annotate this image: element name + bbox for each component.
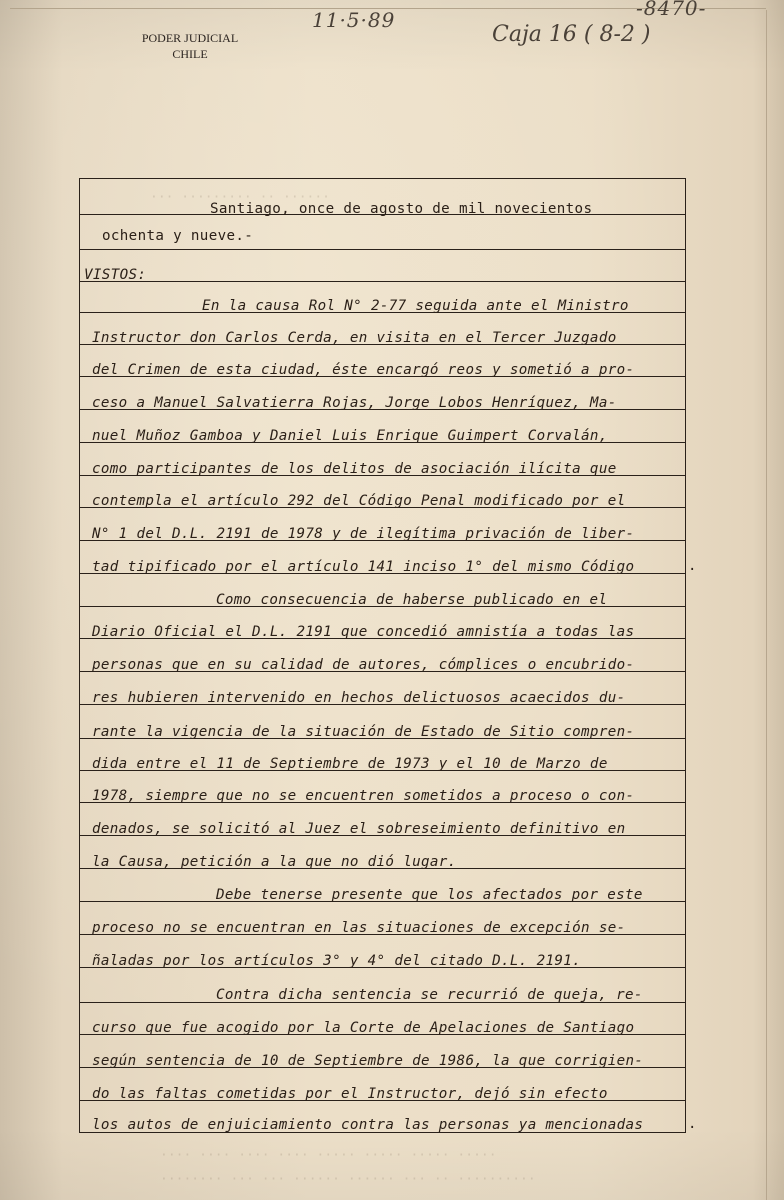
section-title-vistos: VISTOS: — [84, 267, 685, 283]
text-line: Contra dicha sentencia se recurrió de qu… — [216, 987, 685, 1003]
trailing-period: . — [688, 1116, 696, 1132]
text-line: proceso no se encuentran en las situacio… — [92, 920, 685, 936]
ruled-text-frame: Santiago, once de agosto de mil novecien… — [79, 178, 686, 1133]
handwritten-date: 11·5·89 — [312, 8, 395, 32]
page-edge-right — [766, 10, 767, 1200]
bleed-through-text: ········ ··· ··· ······ ······ ··· ·· ··… — [160, 1172, 536, 1187]
text-line: como participantes de los delitos de aso… — [92, 461, 685, 477]
bleed-through-text: ···· ···· ···· ···· ····· ····· ····· ··… — [160, 1148, 497, 1163]
text-line: ñaladas por los artículos 3° y 4° del ci… — [92, 953, 685, 969]
text-line: del Crimen de esta ciudad, éste encargó … — [92, 362, 685, 378]
text-line: Debe tenerse presente que los afectados … — [216, 887, 685, 903]
text-line: los autos de enjuiciamiento contra las p… — [92, 1117, 685, 1133]
text-line: res hubieren intervenido en hechos delic… — [92, 690, 685, 706]
text-line: ceso a Manuel Salvatierra Rojas, Jorge L… — [92, 395, 685, 411]
letterhead-line2: CHILE — [120, 46, 260, 62]
handwritten-box-number: Caja 16 ( 8-2 ) — [492, 22, 650, 47]
rule-line — [80, 249, 685, 250]
text-line: Como consecuencia de haberse publicado e… — [216, 592, 685, 608]
text-line: la Causa, petición a la que no dió lugar… — [92, 854, 685, 870]
text-line: denados, se solicitó al Juez el sobresei… — [92, 821, 685, 837]
document-page: PODER JUDICIAL CHILE 11·5·89 Caja 16 ( 8… — [0, 0, 784, 1200]
trailing-period: . — [688, 558, 696, 574]
text-line: 1978, siempre que no se encuentren somet… — [92, 788, 685, 804]
text-line: Diario Oficial el D.L. 2191 que concedió… — [92, 624, 685, 640]
text-line: do las faltas cometidas por el Instructo… — [92, 1086, 685, 1102]
text-line: nuel Muñoz Gamboa y Daniel Luis Enrique … — [92, 428, 685, 444]
text-line: En la causa Rol N° 2-77 seguida ante el … — [202, 298, 685, 314]
text-line: Instructor don Carlos Cerda, en visita e… — [92, 330, 685, 346]
heading-date-line1: Santiago, once de agosto de mil novecien… — [210, 201, 685, 217]
heading-date-line2: ochenta y nueve.- — [102, 228, 685, 244]
text-line: N° 1 del D.L. 2191 de 1978 y de ilegítim… — [92, 526, 685, 542]
text-line: personas que en su calidad de autores, c… — [92, 657, 685, 673]
text-line: tad tipificado por el artículo 141 incis… — [92, 559, 685, 575]
text-line: dida entre el 11 de Septiembre de 1973 y… — [92, 756, 685, 772]
letterhead-line1: PODER JUDICIAL — [120, 30, 260, 46]
handwritten-folio: -8470- — [636, 0, 706, 20]
text-line: contempla el artículo 292 del Código Pen… — [92, 493, 685, 509]
text-line: rante la vigencia de la situación de Est… — [92, 724, 685, 740]
text-line: según sentencia de 10 de Septiembre de 1… — [92, 1053, 685, 1069]
letterhead: PODER JUDICIAL CHILE — [120, 30, 260, 62]
text-line: curso que fue acogido por la Corte de Ap… — [92, 1020, 685, 1036]
